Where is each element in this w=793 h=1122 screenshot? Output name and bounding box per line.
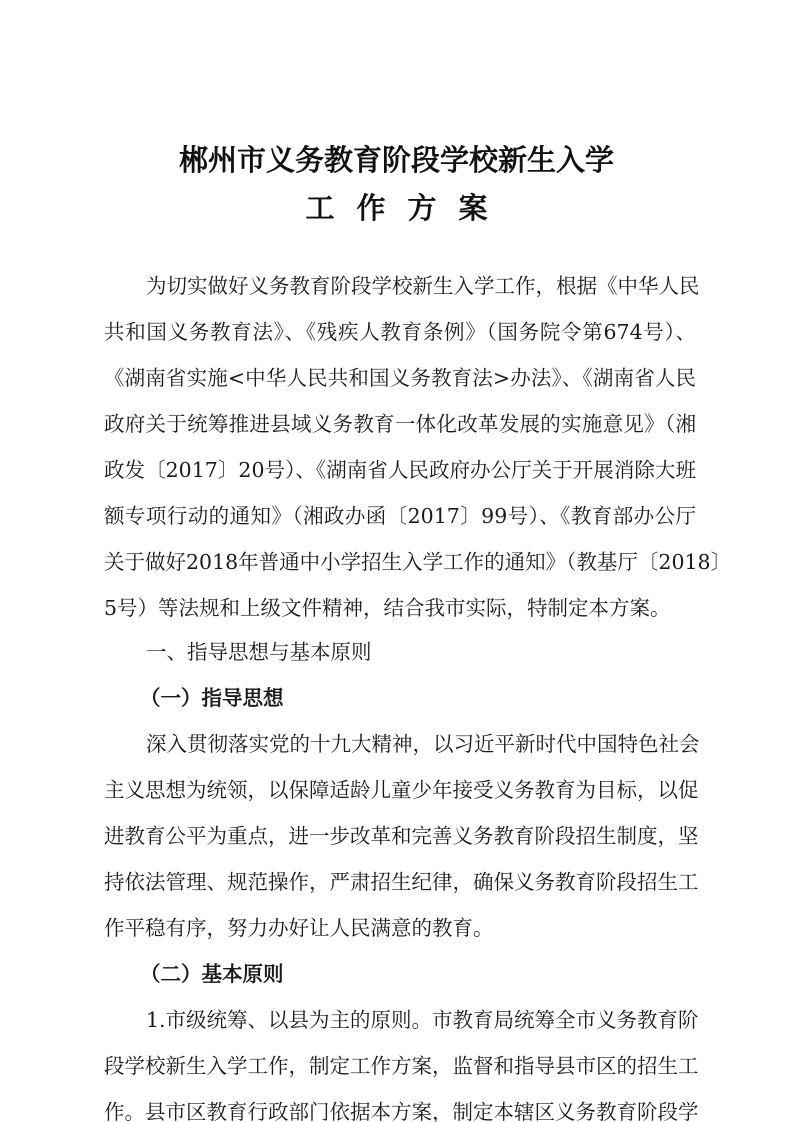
guiding-line: 持依法管理、规范操作，严肃招生纪律，确保义务教育阶段招生工 [104, 868, 696, 896]
document-title-line2: 工作方案 [0, 186, 793, 227]
intro-line: 政府关于统筹推进县域义务教育一体化改革发展的实施意见》（湘 [104, 410, 696, 438]
subsection2-heading: （二）基本原则 [140, 960, 284, 988]
principle-line: 作。县市区教育行政部门依据本方案，制定本辖区义务教育阶段学 [104, 1098, 696, 1122]
intro-line: 关于做好2018年普通中小学招生入学工作的通知》（教基厅〔2018〕 [104, 548, 696, 576]
guiding-line: 作平稳有序，努力办好让人民满意的教育。 [104, 914, 696, 942]
principle-line: 段学校新生入学工作，制定工作方案，监督和指导县市区的招生工 [104, 1052, 696, 1080]
intro-line: 《湖南省实施<中华人民共和国义务教育法>办法》、《湖南省人民 [104, 364, 696, 392]
guiding-line: 深入贯彻落实党的十九大精神，以习近平新时代中国特色社会 [146, 730, 696, 758]
intro-line: 额专项行动的通知》（湘政办函〔2017〕99号）、《教育部办公厅 [104, 502, 696, 530]
intro-line: 为切实做好义务教育阶段学校新生入学工作，根据《中华人民 [146, 272, 696, 300]
intro-line: 政发〔2017〕20号）、《湖南省人民政府办公厅关于开展消除大班 [104, 456, 696, 484]
subsection1-heading: （一）指导思想 [140, 684, 284, 712]
intro-line: 5号）等法规和上级文件精神，结合我市实际，特制定本方案。 [104, 594, 696, 622]
document-title-line1: 郴州市义务教育阶段学校新生入学 [0, 138, 793, 179]
section1-heading: 一、指导思想与基本原则 [146, 638, 372, 666]
principle-line: 1.市级统筹、以县为主的原则。市教育局统筹全市义务教育阶 [146, 1006, 696, 1034]
guiding-line: 主义思想为统领，以保障适龄儿童少年接受义务教育为目标，以促 [104, 776, 696, 804]
intro-line: 共和国义务教育法》、《残疾人教育条例》（国务院令第674号）、 [104, 318, 696, 346]
guiding-line: 进教育公平为重点，进一步改革和完善义务教育阶段招生制度，坚 [104, 822, 696, 850]
